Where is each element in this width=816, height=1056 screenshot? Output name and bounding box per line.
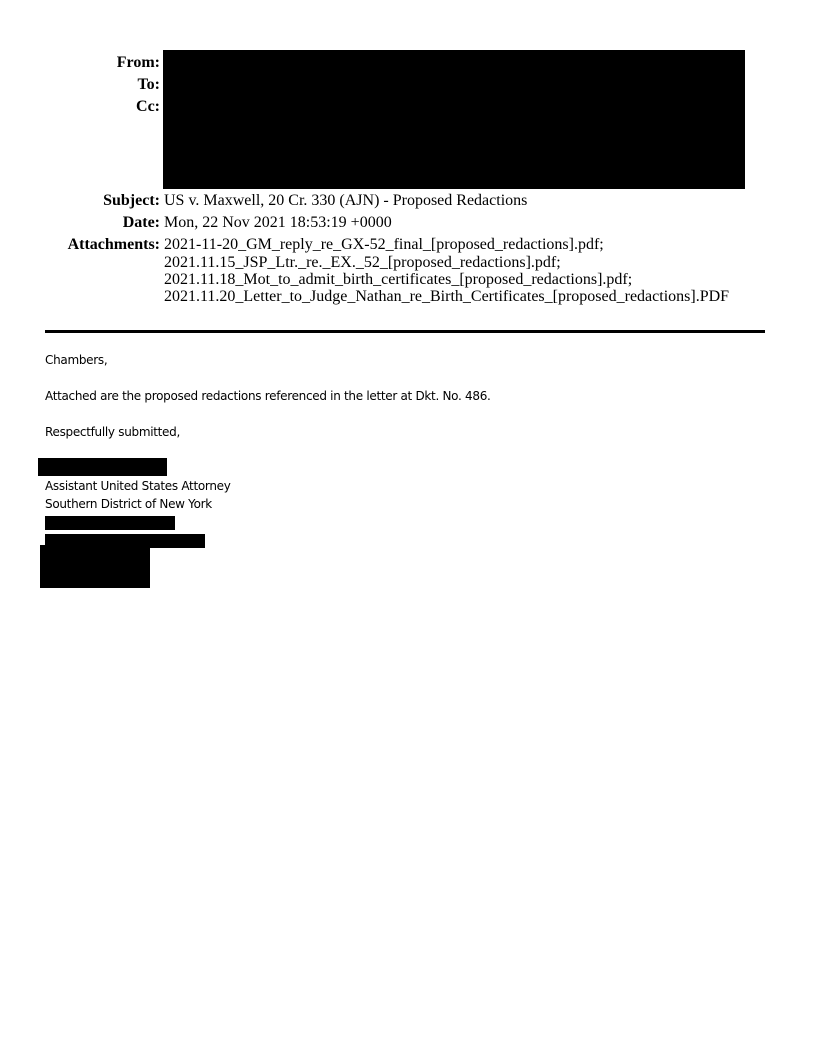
subject-label: Subject: [103,192,160,210]
attachment-item[interactable]: 2021.11.20_Letter_to_Judge_Nathan_re_Bir… [164,288,729,305]
cc-label: Cc: [136,98,160,116]
date-label: Date: [123,214,160,232]
attachment-item[interactable]: 2021.11.15_JSP_Ltr._re._EX._52_[proposed… [164,254,561,271]
body-paragraph: Attached are the proposed redactions ref… [45,387,491,405]
attachment-item[interactable]: 2021-11-20_GM_reply_re_GX-52_final_[prop… [164,236,604,253]
redaction-signature-block [40,545,150,588]
attachments-label: Attachments: [68,236,160,254]
redaction-signer-name [38,458,167,476]
signature-office: Southern District of New York [45,495,212,513]
subject-value: US v. Maxwell, 20 Cr. 330 (AJN) - Propos… [164,192,527,210]
header-divider [45,330,765,333]
date-value: Mon, 22 Nov 2021 18:53:19 +0000 [164,214,392,232]
salutation: Chambers, [45,351,107,369]
signature-title: Assistant United States Attorney [45,477,231,495]
to-label: To: [137,76,160,94]
from-label: From: [117,54,160,72]
redaction-recipients [163,50,745,189]
redaction-signature-line-1 [45,516,175,530]
closing: Respectfully submitted, [45,423,180,441]
attachment-item[interactable]: 2021.11.18_Mot_to_admit_birth_certificat… [164,271,632,288]
